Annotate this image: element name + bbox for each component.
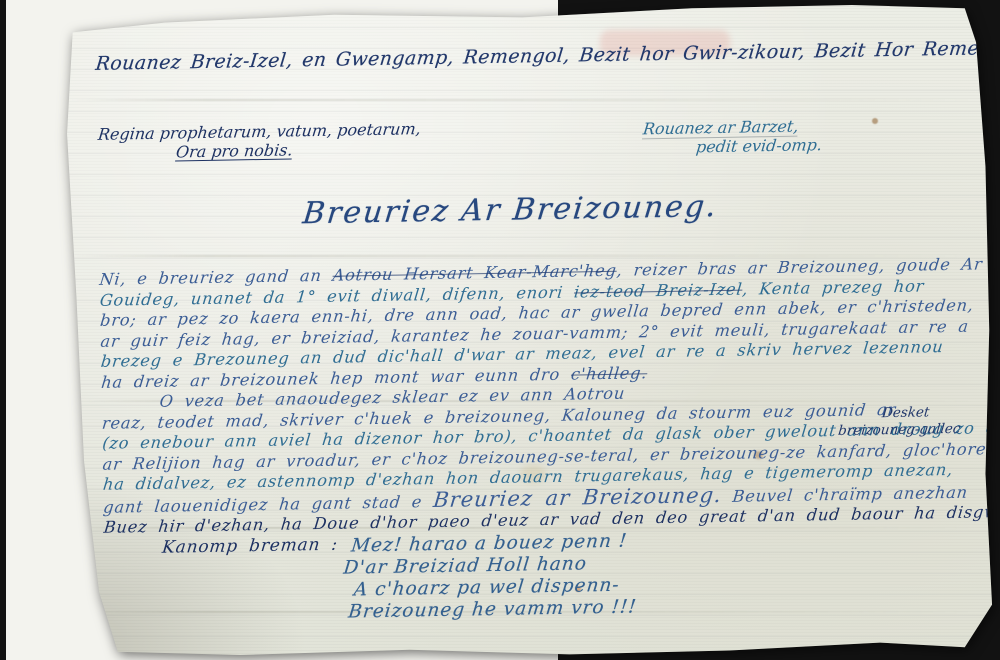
- margin-note-line: breizouneg-gallec: [837, 421, 961, 440]
- body-line-segment: , Kenta prezeg hor: [741, 276, 925, 298]
- breton-invocation: Rouanez ar Barzet, pedit evid-omp.: [640, 114, 944, 157]
- document-title: Breuriez Ar Breizouneg.: [89, 185, 933, 235]
- body-line-segment: iez-teod Breiz-Izel: [573, 279, 743, 301]
- margin-note-line: Desket: [881, 404, 963, 422]
- body-line-segment: Kanomp breman :: [161, 534, 339, 557]
- verse-line: Breizouneg he vamm vro !!!: [347, 596, 638, 623]
- scanned-manuscript-view: Rouanez Breiz-Izel, en Gwengamp, Remengo…: [0, 0, 1000, 660]
- latin-invocation: Regina prophetarum, vatum, poetarum, Ora…: [95, 119, 439, 163]
- manuscript-sheet-wrap: Rouanez Breiz-Izel, en Gwengamp, Remengo…: [52, 3, 993, 657]
- body-line-segment: Ni, e breuriez gand an: [99, 266, 334, 289]
- handwritten-content: Rouanez Breiz-Izel, en Gwengamp, Remengo…: [87, 10, 976, 647]
- manuscript-page: Rouanez Breiz-Izel, en Gwengamp, Remengo…: [52, 3, 993, 657]
- body-line-segment: Aotrou Hersart Kear-Marc'heg: [332, 261, 618, 285]
- header-litany-line: Rouanez Breiz-Izel, en Gwengamp, Remengo…: [95, 37, 977, 74]
- body-line-segment: c'halleg.: [570, 363, 648, 383]
- latin-invocation-response: Ora pro nobis.: [175, 138, 437, 162]
- margin-note: Desket breizouneg-gallec: [837, 404, 963, 440]
- body-line-segment: Beuvel c'hraïmp anezhan: [721, 482, 969, 505]
- invocations-row: Regina prophetarum, vatum, poetarum, Ora…: [97, 109, 977, 124]
- closing-verse: Mez! harao a bouez penn !D'ar Breiziad H…: [351, 531, 637, 624]
- breton-invocation-response: pedit evid-omp.: [695, 133, 942, 156]
